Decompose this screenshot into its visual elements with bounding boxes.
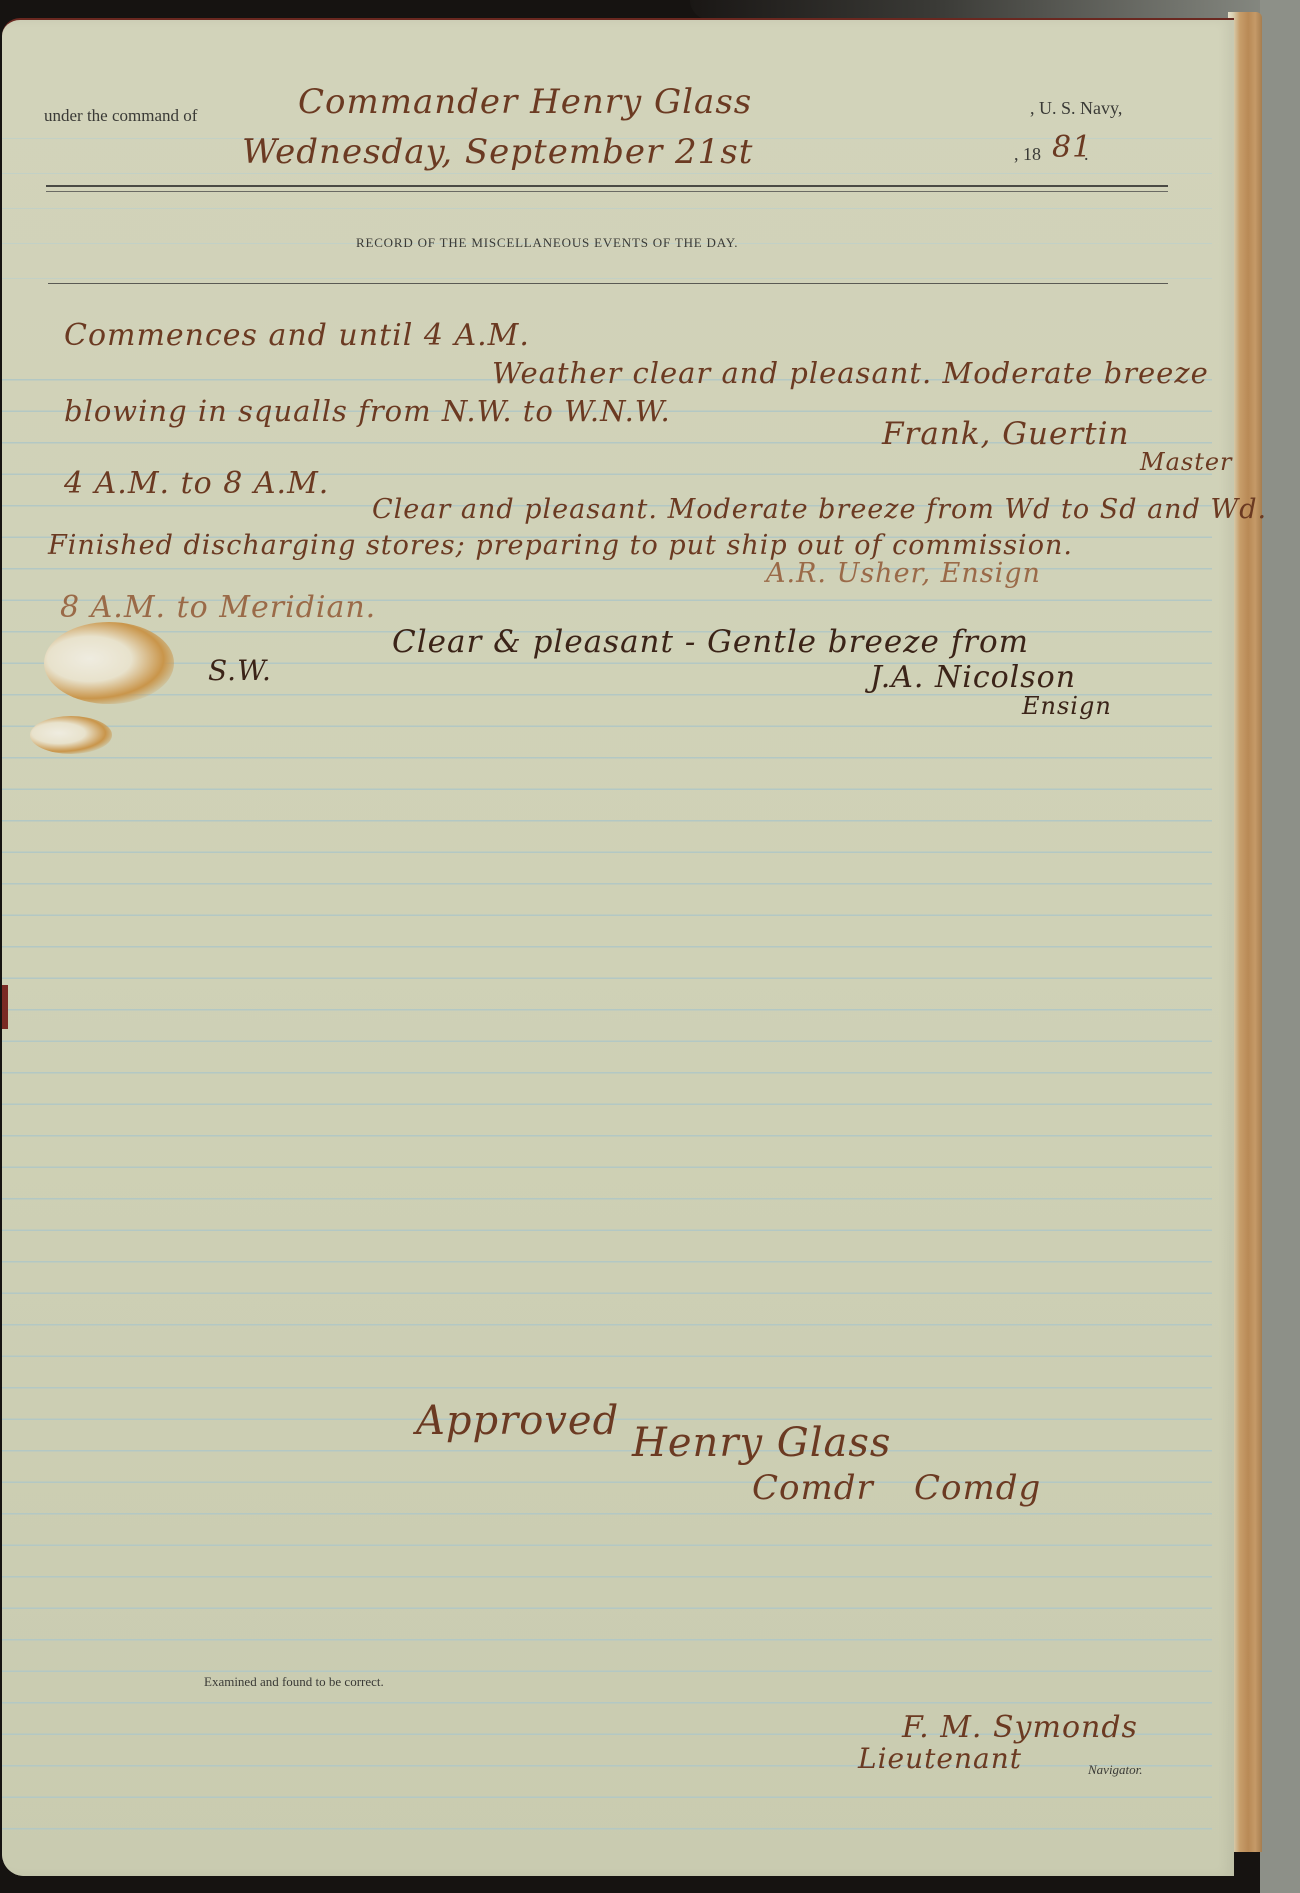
paper-stain xyxy=(44,622,174,704)
section-title: RECORD OF THE MISCELLANEOUS EVENTS OF TH… xyxy=(356,235,738,251)
navigator-label: Navigator. xyxy=(1088,1762,1143,1778)
navy-suffix-label: , U. S. Navy, xyxy=(1030,98,1122,119)
officer-rank: Master xyxy=(1140,448,1233,476)
log-line: Clear & pleasant - Gentle breeze from xyxy=(392,624,1029,660)
officer-signature: J.A. Nicolson xyxy=(870,660,1076,695)
log-line: Clear and pleasant. Moderate breeze from… xyxy=(372,494,1267,525)
log-line: Finished discharging stores; preparing t… xyxy=(48,530,1073,561)
approved-label: Approved xyxy=(416,1398,619,1444)
officer-rank: Ensign xyxy=(1022,692,1112,720)
captain-signature: Henry Glass xyxy=(632,1420,891,1466)
watch-label: 4 A.M. to 8 A.M. xyxy=(64,466,329,501)
bookmark-ribbon xyxy=(2,985,8,1029)
log-line: S.W. xyxy=(208,654,272,687)
watch-label: 8 A.M. to Meridian. xyxy=(60,590,376,625)
section-divider xyxy=(48,283,1168,284)
watch-label: Commences and until 4 A.M. xyxy=(64,318,530,353)
log-line: blowing in squalls from N.W. to W.N.W. xyxy=(64,394,671,428)
year-suffix-label: . xyxy=(1084,144,1089,165)
paper-stain xyxy=(30,716,112,754)
navigator-rank: Lieutenant xyxy=(858,1742,1022,1775)
log-line: Weather clear and pleasant. Moderate bre… xyxy=(492,356,1209,390)
commander-name: Commander Henry Glass xyxy=(298,82,752,122)
background-surface-right xyxy=(1260,0,1300,1893)
officer-signature: A.R. Usher, Ensign xyxy=(766,558,1041,589)
captain-command-title: Comdg xyxy=(914,1468,1041,1508)
year-prefix-label: , 18 xyxy=(1014,144,1041,165)
logbook-page: under the command of Commander Henry Gla… xyxy=(2,18,1234,1876)
command-prefix-label: under the command of xyxy=(44,106,197,126)
officer-signature: Frank, Guertin xyxy=(882,416,1130,452)
captain-title: Comdr xyxy=(752,1468,874,1508)
date-written: Wednesday, September 21st xyxy=(242,132,753,172)
background-surface xyxy=(690,0,1300,20)
header-divider xyxy=(46,185,1168,192)
navigator-signature: F. M. Symonds xyxy=(902,1710,1138,1745)
examined-label: Examined and found to be correct. xyxy=(204,1674,384,1690)
